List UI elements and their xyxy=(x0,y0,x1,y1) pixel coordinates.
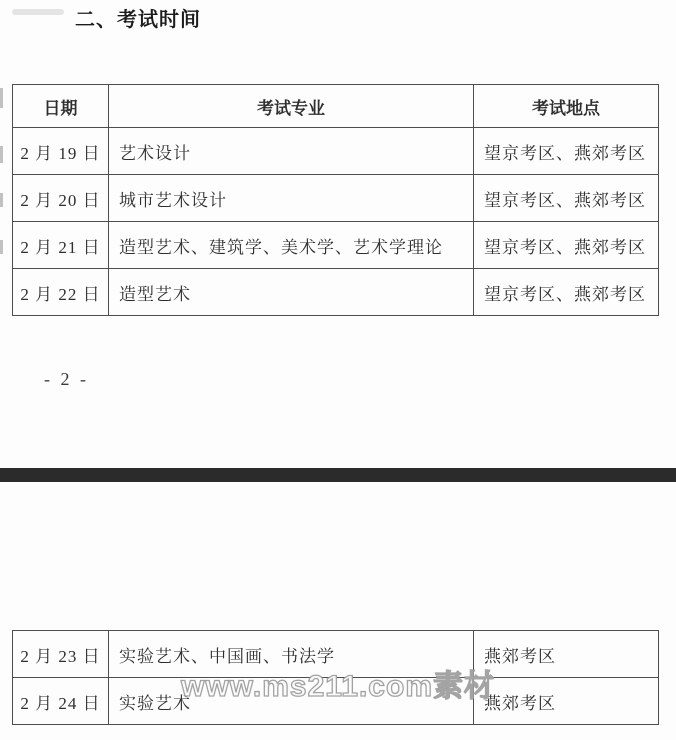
page-break-divider-bar xyxy=(0,468,676,482)
cell-major: 造型艺术 xyxy=(109,269,474,316)
table-row: 2 月 21 日 造型艺术、建筑学、美术学、艺术学理论 望京考区、燕郊考区 xyxy=(13,222,659,269)
cell-date: 2 月 19 日 xyxy=(13,128,109,175)
scan-artifact xyxy=(0,88,3,108)
cell-location: 望京考区、燕郊考区 xyxy=(474,269,659,316)
cell-major: 城市艺术设计 xyxy=(109,175,474,222)
cell-date: 2 月 20 日 xyxy=(13,175,109,222)
cell-date: 2 月 24 日 xyxy=(13,678,109,725)
table-row: 2 月 23 日 实验艺术、中国画、书法学 燕郊考区 xyxy=(13,631,659,678)
cell-location: 燕郊考区 xyxy=(474,631,659,678)
scanned-document-page: 二、考试时间 日期 考试专业 考试地点 2 月 19 日 艺术设计 望京考区、燕… xyxy=(0,0,676,740)
cell-date: 2 月 23 日 xyxy=(13,631,109,678)
cell-major: 造型艺术、建筑学、美术学、艺术学理论 xyxy=(109,222,474,269)
table-row: 2 月 20 日 城市艺术设计 望京考区、燕郊考区 xyxy=(13,175,659,222)
header-date: 日期 xyxy=(13,85,109,128)
cell-date: 2 月 21 日 xyxy=(13,222,109,269)
cell-major: 实验艺术 xyxy=(109,678,474,725)
header-exam-location: 考试地点 xyxy=(474,85,659,128)
scan-artifact xyxy=(0,193,3,207)
scan-artifact xyxy=(0,240,3,254)
scan-artifact xyxy=(0,146,3,163)
cell-location: 燕郊考区 xyxy=(474,678,659,725)
table-row: 2 月 24 日 实验艺术 燕郊考区 xyxy=(13,678,659,725)
cell-location: 望京考区、燕郊考区 xyxy=(474,175,659,222)
table-row: 2 月 22 日 造型艺术 望京考区、燕郊考区 xyxy=(13,269,659,316)
table-header-row: 日期 考试专业 考试地点 xyxy=(13,85,659,128)
cell-major: 艺术设计 xyxy=(109,128,474,175)
table-row: 2 月 19 日 艺术设计 望京考区、燕郊考区 xyxy=(13,128,659,175)
exam-schedule-table-page2: 日期 考试专业 考试地点 2 月 19 日 艺术设计 望京考区、燕郊考区 2 月… xyxy=(12,84,659,316)
exam-schedule-table-page3: 2 月 23 日 实验艺术、中国画、书法学 燕郊考区 2 月 24 日 实验艺术… xyxy=(12,630,659,725)
header-exam-major: 考试专业 xyxy=(109,85,474,128)
cell-major: 实验艺术、中国画、书法学 xyxy=(109,631,474,678)
scan-smudge-artifact xyxy=(12,9,64,15)
section-heading: 二、考试时间 xyxy=(75,3,201,32)
page-number: - 2 - xyxy=(44,369,89,390)
cell-date: 2 月 22 日 xyxy=(13,269,109,316)
cell-location: 望京考区、燕郊考区 xyxy=(474,222,659,269)
cell-location: 望京考区、燕郊考区 xyxy=(474,128,659,175)
